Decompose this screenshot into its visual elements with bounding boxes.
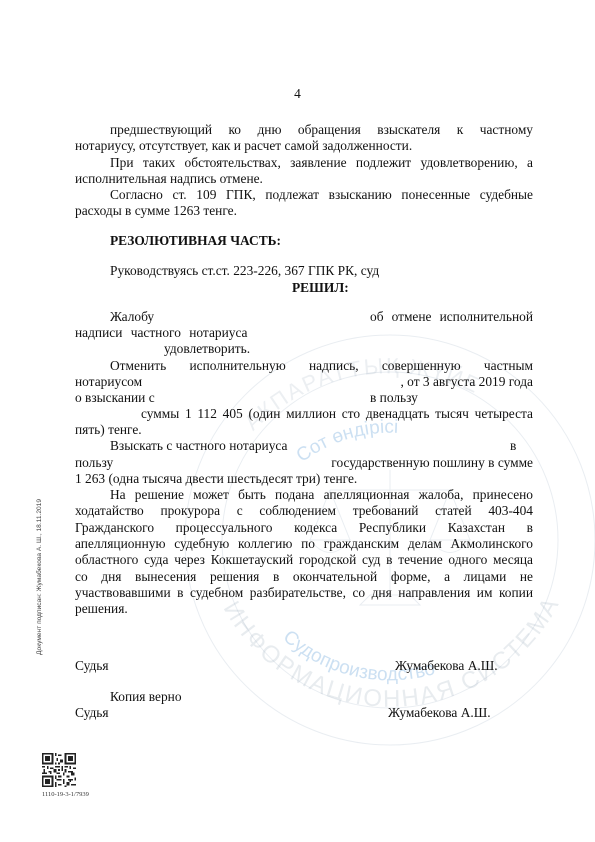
- appeal-line: областного суда через Кокшетауский город…: [75, 552, 533, 568]
- cancel-line: пять) тенге.: [75, 422, 142, 438]
- complaint-line: удовлетворить.: [164, 341, 250, 357]
- copy-judge-name: Жумабекова А.Ш.: [388, 705, 491, 721]
- appeal-line: Гражданского процессуального кодекса Рес…: [75, 520, 533, 536]
- cancel-line: , от 3 августа 2019 года: [388, 374, 533, 390]
- complaint-line: Жалобу: [110, 309, 154, 325]
- seal-bottom-text: Судопроизводство: [279, 626, 437, 685]
- page-number: 4: [0, 86, 595, 102]
- complaint-line: надписи частного нотариуса: [75, 325, 248, 341]
- seal-ring-text: ИНФОРМАЦИОННАЯ СИСТЕМА: [218, 592, 565, 713]
- cancel-line: нотариусом: [75, 374, 142, 390]
- guided-line: Руководствуясь ст.ст. 223-226, 367 ГПК Р…: [110, 263, 379, 279]
- copy-judge-label: Судья: [75, 705, 109, 721]
- cancel-line: в пользу: [370, 390, 418, 406]
- appeal-line: со дня вынесения решения в окончательной…: [75, 569, 533, 585]
- recover-line: пользу: [75, 455, 113, 471]
- recover-line: государственную пошлину в сумме: [326, 455, 533, 471]
- complaint-line: об отмене исполнительной: [370, 309, 533, 325]
- cancel-line: суммы 1 112 405 (один миллион сто двенад…: [141, 406, 533, 422]
- recover-line: 1 263 (одна тысяча двести шестьдесят три…: [75, 471, 357, 487]
- appeal-line: участвовавшими в судебном разбирательств…: [75, 585, 533, 601]
- recover-line: в: [510, 438, 516, 454]
- resolution-heading: РЕЗОЛЮТИВНАЯ ЧАСТЬ:: [110, 233, 281, 249]
- case-number-caption: 1110-19-3-1/7939: [42, 791, 89, 798]
- paragraph-line: При таких обстоятельствах, заявление под…: [110, 155, 533, 171]
- appeal-line: На решение может быть подана апелляционн…: [110, 487, 533, 503]
- cancel-line: о взыскании с: [75, 390, 155, 406]
- appeal-line: апелляционную судебную коллегию по гражд…: [75, 536, 533, 552]
- paragraph-line: нотариусу, отсутствует, как и расчет сам…: [75, 138, 412, 154]
- cancel-line: Отменить исполнительную надпись, соверше…: [110, 358, 533, 374]
- copy-certified-label: Копия верно: [110, 689, 182, 705]
- judge-label: Судья: [75, 658, 109, 674]
- decided-heading: РЕШИЛ:: [292, 280, 349, 296]
- paragraph-line: исполнительная надпись отмене.: [75, 171, 263, 187]
- paragraph-line: расходы в сумме 1263 тенге.: [75, 203, 237, 219]
- judge-name: Жумабекова А.Ш.: [395, 658, 498, 674]
- recover-line: Взыскать с частного нотариуса: [110, 438, 287, 454]
- appeal-line: решения.: [75, 601, 128, 617]
- qr-code-icon[interactable]: [42, 753, 76, 787]
- signature-side-stamp: Документ подписан: Жумабекова А. Ш., 18.…: [36, 499, 43, 655]
- document-page: Сот өндірісі Судопроизводство ИНФОРМАЦИО…: [0, 0, 595, 842]
- appeal-line: ходатайство прокурора с соблюдением треб…: [75, 503, 533, 519]
- paragraph-line: предшествующий ко дню обращения взыскате…: [110, 122, 533, 138]
- paragraph-line: Согласно ст. 109 ГПК, подлежат взысканию…: [110, 187, 533, 203]
